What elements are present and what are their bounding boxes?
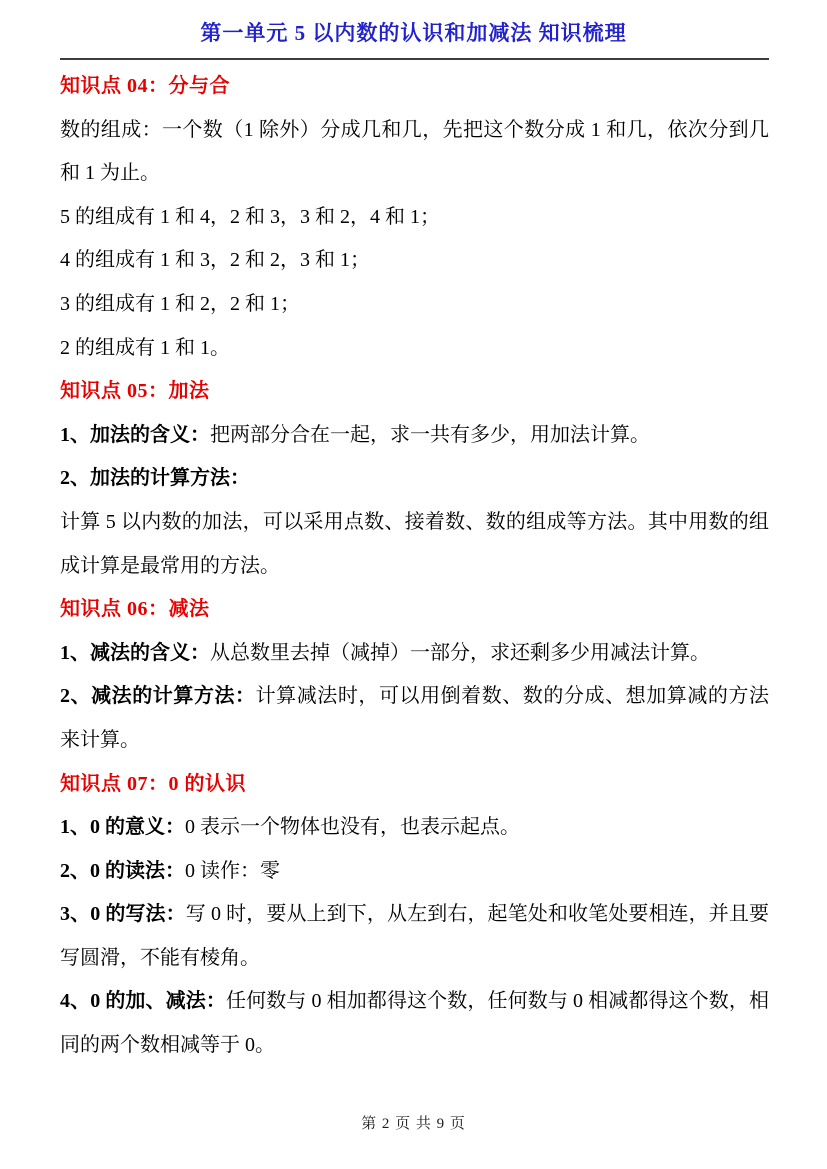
- body-paragraph: 1、减法的含义：从总数里去掉（减掉）一部分，求还剩多少用减法计算。: [60, 632, 769, 676]
- paragraph-lead: 1、加法的含义：: [60, 424, 210, 446]
- body-paragraph: 2、加法的计算方法：: [60, 457, 769, 501]
- body-paragraph: 4 的组成有 1 和 3，2 和 2，3 和 1；: [60, 239, 769, 283]
- paragraph-text: 把两部分合在一起，求一共有多少，用加法计算。: [210, 424, 650, 446]
- body-paragraph: 5 的组成有 1 和 4，2 和 3，3 和 2，4 和 1；: [60, 196, 769, 240]
- paragraph-lead: 1、0 的意义：: [60, 816, 185, 838]
- paragraph-text: 数的组成：一个数（1 除外）分成几和几，先把这个数分成 1 和几，依次分到几和 …: [60, 119, 769, 185]
- paragraph-lead: 2、加法的计算方法：: [60, 467, 250, 489]
- section-heading: 知识点 06：减法: [60, 588, 769, 632]
- paragraph-text: 0 表示一个物体也没有，也表示起点。: [185, 816, 520, 838]
- body-paragraph: 3、0 的写法：写 0 时，要从上到下，从左到右，起笔处和收笔处要相连，并且要写…: [60, 893, 769, 980]
- page-footer: 第 2 页 共 9 页: [0, 1112, 827, 1133]
- section-knowledge-point-04: 知识点 04：分与合 数的组成：一个数（1 除外）分成几和几，先把这个数分成 1…: [60, 65, 769, 370]
- section-heading: 知识点 07：0 的认识: [60, 763, 769, 807]
- paragraph-text: 4 的组成有 1 和 3，2 和 2，3 和 1；: [60, 249, 370, 271]
- paragraph-lead: 4、0 的加、减法：: [60, 990, 226, 1012]
- paragraph-text: 2 的组成有 1 和 1。: [60, 337, 230, 359]
- body-paragraph: 2、0 的读法：0 读作：零: [60, 850, 769, 894]
- body-paragraph: 1、加法的含义：把两部分合在一起，求一共有多少，用加法计算。: [60, 414, 769, 458]
- body-paragraph: 3 的组成有 1 和 2，2 和 1；: [60, 283, 769, 327]
- section-heading: 知识点 05：加法: [60, 370, 769, 414]
- paragraph-text: 0 读作：零: [185, 860, 280, 882]
- paragraph-lead: 3、0 的写法：: [60, 903, 186, 925]
- paragraph-lead: 2、减法的计算方法：: [60, 685, 256, 707]
- body-paragraph: 4、0 的加、减法：任何数与 0 相加都得这个数，任何数与 0 相减都得这个数，…: [60, 980, 769, 1067]
- body-paragraph: 2、减法的计算方法：计算减法时，可以用倒着数、数的分成、想加算减的方法来计算。: [60, 675, 769, 762]
- page-title: 第一单元 5 以内数的认识和加减法 知识梳理: [0, 20, 827, 47]
- section-knowledge-point-06: 知识点 06：减法 1、减法的含义：从总数里去掉（减掉）一部分，求还剩多少用减法…: [60, 588, 769, 762]
- paragraph-lead: 1、减法的含义：: [60, 642, 210, 664]
- body-paragraph: 数的组成：一个数（1 除外）分成几和几，先把这个数分成 1 和几，依次分到几和 …: [60, 109, 769, 196]
- paragraph-lead: 2、0 的读法：: [60, 860, 185, 882]
- body-paragraph: 计算 5 以内数的加法，可以采用点数、接着数、数的组成等方法。其中用数的组成计算…: [60, 501, 769, 588]
- paragraph-text: 从总数里去掉（减掉）一部分，求还剩多少用减法计算。: [210, 642, 710, 664]
- document-header: 第一单元 5 以内数的认识和加减法 知识梳理: [0, 0, 827, 60]
- section-knowledge-point-07: 知识点 07：0 的认识 1、0 的意义：0 表示一个物体也没有，也表示起点。 …: [60, 763, 769, 1068]
- paragraph-text: 计算 5 以内数的加法，可以采用点数、接着数、数的组成等方法。其中用数的组成计算…: [60, 511, 769, 577]
- body-paragraph: 1、0 的意义：0 表示一个物体也没有，也表示起点。: [60, 806, 769, 850]
- paragraph-text: 5 的组成有 1 和 4，2 和 3，3 和 2，4 和 1；: [60, 206, 440, 228]
- document-page: 第一单元 5 以内数的认识和加减法 知识梳理 知识点 04：分与合 数的组成：一…: [0, 0, 827, 1169]
- document-body: 知识点 04：分与合 数的组成：一个数（1 除外）分成几和几，先把这个数分成 1…: [0, 60, 827, 1068]
- section-heading: 知识点 04：分与合: [60, 65, 769, 109]
- section-knowledge-point-05: 知识点 05：加法 1、加法的含义：把两部分合在一起，求一共有多少，用加法计算。…: [60, 370, 769, 588]
- body-paragraph: 2 的组成有 1 和 1。: [60, 327, 769, 371]
- paragraph-text: 3 的组成有 1 和 2，2 和 1；: [60, 293, 300, 315]
